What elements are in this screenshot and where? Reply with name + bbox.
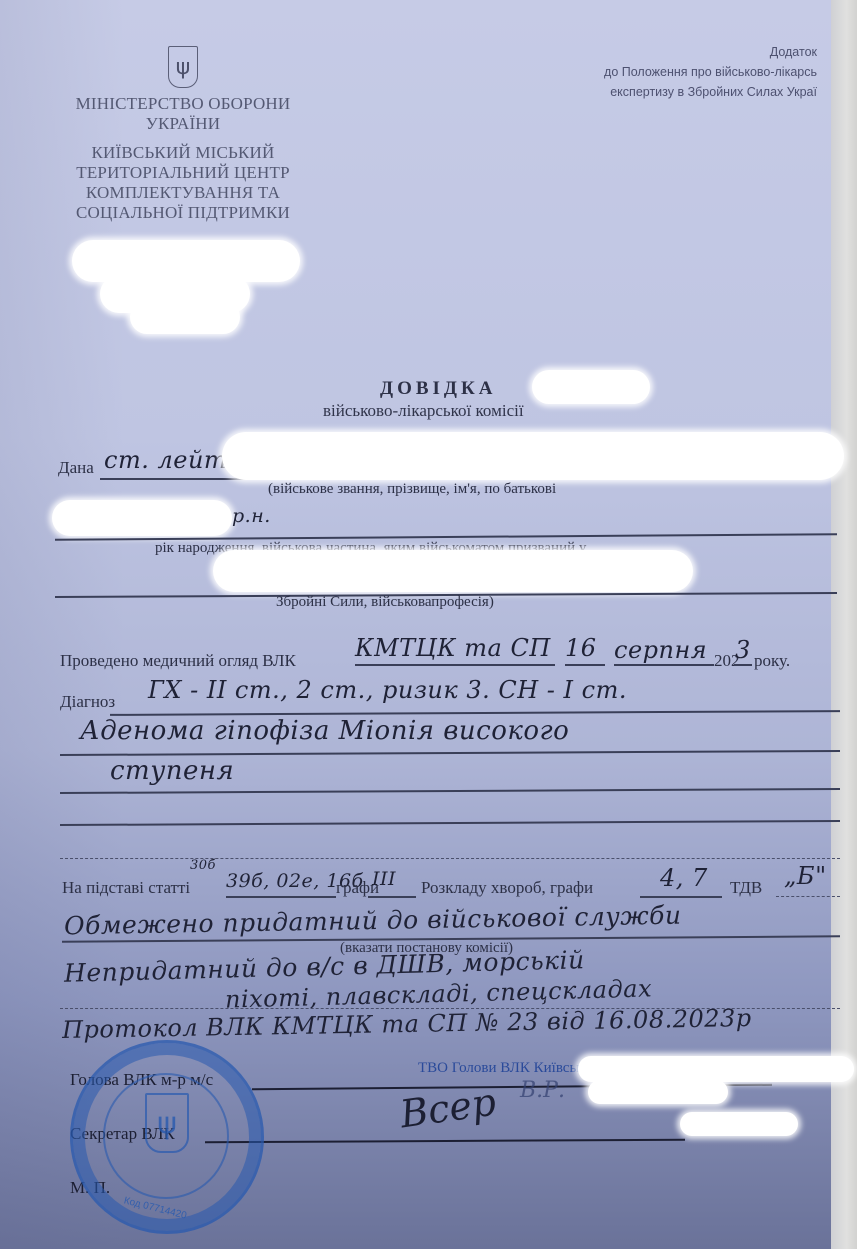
ministry-line: УКРАЇНИ — [58, 114, 308, 134]
center-line: КОМПЛЕКТУВАННЯ ТА — [58, 183, 308, 203]
ministry-name: МІНІСТЕРСТВО ОБОРОНИ УКРАЇНИ — [58, 94, 308, 134]
initials-stamp: В.Р. — [520, 1078, 565, 1103]
exam-month: серпня — [614, 636, 707, 664]
exam-year-word: року. — [754, 651, 790, 671]
exam-label: Проведено медичний огляд ВЛК — [60, 651, 296, 671]
redaction — [680, 1112, 798, 1136]
ministry-line: МІНІСТЕРСТВО ОБОРОНИ — [58, 94, 308, 114]
decision-main: Обмежено придатний до військової служби — [64, 901, 682, 941]
forces-hint: Збройні Сили, військовапрофесія) — [276, 594, 494, 611]
diagnosis-line: ступеня — [110, 756, 234, 786]
basis-articles-above: 30б — [190, 858, 216, 873]
diagnosis-underline — [60, 858, 840, 859]
tdv-underline — [776, 896, 840, 897]
diagnosis-underline — [60, 750, 840, 756]
diagnosis-line: Аденома гіпофіза Міопія високого — [80, 716, 569, 746]
redaction — [532, 370, 650, 404]
schedule-underline — [640, 896, 722, 898]
appendix-line: до Положення про військово-лікарсь — [604, 62, 817, 82]
tdv-value: „Б" — [784, 862, 827, 890]
redaction — [588, 1080, 728, 1104]
diagnosis-underline — [110, 710, 840, 715]
basis-label: На підставі статті — [62, 878, 190, 898]
rank-hint: (військове звання, прізвище, ім'я, по ба… — [268, 481, 556, 498]
stamp-code: Код 07714420 — [123, 1195, 188, 1221]
appendix-line: Додаток — [604, 42, 817, 62]
diagnosis-line: ГХ - ІІ ст., 2 ст., ризик 3. СН - І ст. — [148, 676, 627, 704]
document-title: ДОВІДКА — [380, 378, 497, 400]
commission-underline — [355, 664, 555, 666]
exam-day: 16 — [565, 634, 597, 662]
redaction — [130, 300, 240, 334]
redaction — [222, 432, 844, 480]
redaction — [213, 550, 693, 592]
exam-year-suffix: 3 — [735, 636, 751, 664]
appendix-line: експертизу в Збройних Силах Украї — [604, 82, 817, 102]
articles-underline — [226, 896, 336, 898]
tdv-label: ТДВ — [730, 878, 762, 898]
birth-suffix: р.н. — [232, 505, 271, 527]
official-stamp: ψ Міністерство оборони України · Київськ… — [70, 1040, 264, 1234]
trident-emblem-icon: ψ — [168, 46, 198, 88]
given-label: Дана — [58, 458, 94, 478]
exam-commission: КМТЦК та СП — [355, 634, 551, 662]
column-underline — [368, 896, 416, 898]
diagnosis-underline — [60, 820, 840, 826]
center-line: КИЇВСЬКИЙ МІСЬКИЙ — [58, 143, 308, 163]
diagnosis-label: Діагноз — [60, 692, 115, 712]
center-line: СОЦІАЛЬНОЇ ПІДТРИМКИ — [58, 203, 308, 223]
secretary-signature-line — [205, 1139, 685, 1143]
center-name: КИЇВСЬКИЙ МІСЬКИЙ ТЕРИТОРІАЛЬНИЙ ЦЕНТР К… — [58, 143, 308, 223]
schedule-label: Розкладу хвороб, графи — [421, 878, 593, 898]
month-underline — [614, 664, 714, 666]
document-subtitle: військово-лікарської комісії — [323, 401, 524, 421]
protocol-text: Протокол ВЛК КМТЦК та СП № 23 від 16.08.… — [62, 1004, 752, 1044]
day-underline — [565, 664, 605, 666]
redaction — [52, 500, 232, 536]
diagnosis-underline — [60, 788, 840, 794]
redaction — [578, 1056, 854, 1082]
year-underline — [734, 664, 752, 666]
column-value: ІІІ — [372, 868, 396, 890]
schedule-value: 4, 7 — [660, 864, 708, 892]
appendix-note: Додаток до Положення про військово-лікар… — [604, 42, 817, 102]
center-line: ТЕРИТОРІАЛЬНИЙ ЦЕНТР — [58, 163, 308, 183]
